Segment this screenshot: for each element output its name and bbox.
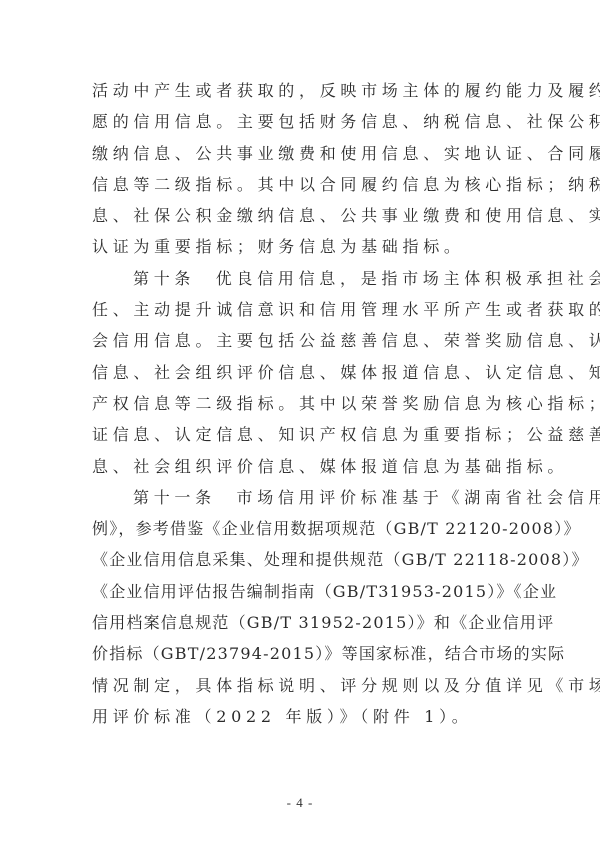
text-line: 认证为重要指标；财务信息为基础指标。: [92, 231, 512, 262]
text-line: 任、主动提升诚信意识和信用管理水平所产生或者获取的社: [92, 294, 512, 325]
text-line: 例》，参考借鉴《企业信用数据项规范（GB/T 22120-2008）》: [92, 513, 512, 544]
page-number: - 4 -: [0, 795, 600, 811]
text-line: 《企业信用评估报告编制指南（GB/T31953-2015）》《企业: [92, 576, 512, 607]
text-line: 会信用信息。主要包括公益慈善信息、荣誉奖励信息、认证: [92, 325, 512, 356]
text-line: 活动中产生或者获取的，反映市场主体的履约能力及履约意: [92, 75, 512, 106]
text-line: 愿的信用信息。主要包括财务信息、纳税信息、社保公积金: [92, 106, 512, 137]
text-line: 证信息、认定信息、知识产权信息为重要指标；公益慈善信: [92, 419, 512, 450]
text-line: 信息等二级指标。其中以合同履约信息为核心指标；纳税信: [92, 169, 512, 200]
text-line: 信用档案信息规范（GB/T 31952-2015）》和《企业信用评: [92, 607, 512, 638]
text-line: 价指标（GBT/23794-2015）》等国家标准，结合市场的实际: [92, 638, 512, 669]
text-line: 息、社会组织评价信息、媒体报道信息为基础指标。: [92, 451, 512, 482]
text-line: 息、社保公积金缴纳信息、公共事业缴费和使用信息、实地: [92, 200, 512, 231]
text-line: 用评价标准（2022 年版）》（附件 1）。: [92, 701, 512, 732]
body-text: 活动中产生或者获取的，反映市场主体的履约能力及履约意 愿的信用信息。主要包括财务…: [92, 75, 512, 732]
document-page: 活动中产生或者获取的，反映市场主体的履约能力及履约意 愿的信用信息。主要包括财务…: [0, 0, 600, 848]
text-line: 信息、社会组织评价信息、媒体报道信息、认定信息、知识: [92, 357, 512, 388]
text-line: 《企业信用信息采集、处理和提供规范（GB/T 22118-2008）》: [92, 544, 512, 575]
text-line: 产权信息等二级指标。其中以荣誉奖励信息为核心指标；认: [92, 388, 512, 419]
article-11-heading-line: 第十一条 市场信用评价标准基于《湖南省社会信用条: [92, 482, 512, 513]
text-line: 缴纳信息、公共事业缴费和使用信息、实地认证、合同履约: [92, 138, 512, 169]
text-line: 情况制定，具体指标说明、评分规则以及分值详见《市场信: [92, 670, 512, 701]
article-10-heading-line: 第十条 优良信用信息，是指市场主体积极承担社会责: [92, 263, 512, 294]
